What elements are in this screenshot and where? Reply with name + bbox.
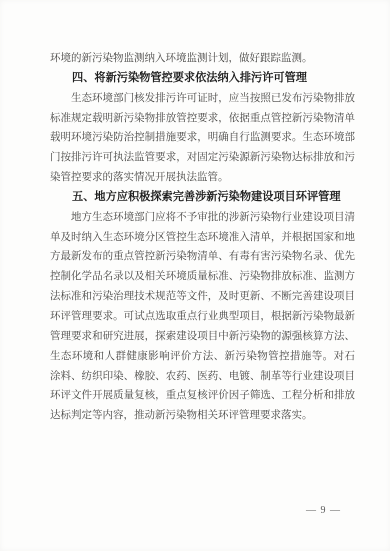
page-number: — 9 — [306,505,341,516]
body-line: 法标准和污染治理技术规范等文件，及时更新、不断完善建设项目 [50,287,355,307]
section-heading: 四、将新污染物管控要求依法纳入排污许可管理 [50,69,355,89]
body-line: 载明环境污染防治控制措施要求，明确自行监测要求。生态环境部 [50,128,355,148]
body-line: 管理要求和研究进展，探索建设项目中新污染物的源强核算方法、 [50,327,355,347]
document-page: 环境的新污染物监测纳入环境监测计划，做好跟踪监测。 四、将新污染物管控要求依法纳… [0,0,390,551]
body-line: 地方生态环境部门应将不予审批的涉新污染物行业建设项目清 [50,208,355,228]
body-line: 标准规定载明新污染物排放管控要求，依据重点管控新污染物清单 [50,109,355,129]
body-line: 方最新发布的重点管控新污染物清单、有毒有害污染物名录、优先 [50,247,355,267]
body-line: 达标判定等内容，推动新污染物相关环评管理要求落实。 [50,406,355,426]
body-line: 环评文件开展质量复核，重点复核评价因子筛选、工程分析和排放 [50,386,355,406]
body-line: 生态环境部门核发排污许可证时，应当按照已发布污染物排放 [50,89,355,109]
section-heading: 五、地方应积极探索完善涉新污染物建设项目环评管理 [50,188,355,208]
body-line: 门按排污许可执法监管要求，对固定污染源新污染物达标排放和污 [50,148,355,168]
document-body: 环境的新污染物监测纳入环境监测计划，做好跟踪监测。 四、将新污染物管控要求依法纳… [50,49,355,426]
body-line: 环评管理要求。可试点选取重点行业典型项目，根据新污染物最新 [50,307,355,327]
body-line: 生态环境和人群健康影响评价方法、新污染物管控措施等。对石化、 [50,347,355,367]
body-line: 染管控要求的落实情况开展执法监管。 [50,168,355,188]
body-line: 涂料、纺织印染、橡胶、农药、医药、电镀、制革等行业建设项目 [50,367,355,387]
body-line: 控制化学品名录以及相关环境质量标准、污染物排放标准、监测方 [50,267,355,287]
body-line: 环境的新污染物监测纳入环境监测计划，做好跟踪监测。 [50,49,355,69]
body-line: 单及时纳入生态环境分区管控生态环境准入清单，并根据国家和地 [50,228,355,248]
